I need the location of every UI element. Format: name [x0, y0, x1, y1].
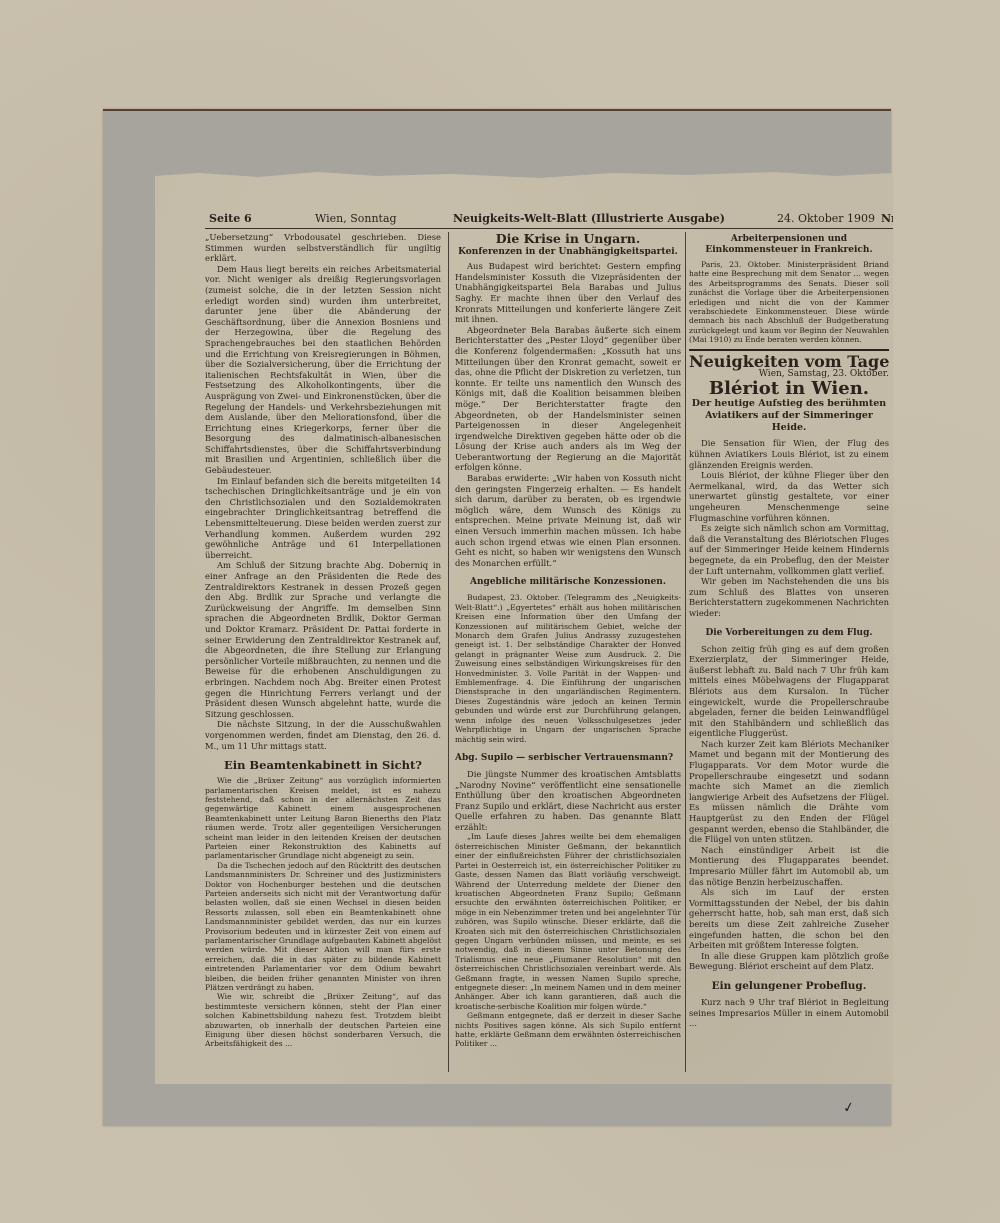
paragraph: Dem Haus liegt bereits ein reiches Arbei… — [205, 264, 441, 476]
paragraph: Abgeordneter Bela Barabas äußerte sich e… — [455, 325, 681, 473]
newspaper-clipping: Seite 6 Wien, Sonntag Neuigkeits-Welt-Bl… — [155, 172, 893, 1084]
column-2: Die Krise in Ungarn. Konferenzen in der … — [455, 232, 681, 1077]
paragraph: Wie wir, schreibt die „Brüxer Zeitung“, … — [205, 992, 441, 1048]
column-3: Arbeiterpensionen und Einkommensteuer in… — [689, 232, 889, 1077]
paragraph: Da die Tschechen jedoch auf den Rücktrit… — [205, 861, 441, 993]
paragraph: Schon zeitig früh ging es auf dem großen… — [689, 644, 889, 739]
paragraph: Es zeigte sich nämlich schon am Vormitta… — [689, 523, 889, 576]
article-heading: Ein Beamtenkabinett in Sicht? — [205, 759, 441, 771]
paragraph: Die jüngste Nummer des kroatischen Amtsb… — [455, 769, 681, 833]
place-day: Wien, Sonntag — [315, 212, 397, 225]
paragraph: Barabas erwiderte: „Wir haben von Kossut… — [455, 473, 681, 568]
paragraph: Die Sensation für Wien, der Flug des küh… — [689, 438, 889, 470]
article-heading: Ein gelungener Probeflug. — [689, 980, 889, 992]
paragraph: Wir geben im Nachstehenden die uns bis z… — [689, 576, 889, 618]
paragraph: Aus Budapest wird berichtet: Gestern emp… — [455, 261, 681, 325]
paragraph: Kurz nach 9 Uhr traf Blériot in Begleitu… — [689, 997, 889, 1029]
issue-number-label: Nr. — [881, 212, 900, 225]
column-divider — [448, 232, 449, 1072]
masthead: Seite 6 Wien, Sonntag Neuigkeits-Welt-Bl… — [205, 206, 893, 229]
article-heading: Angebliche militärische Konzessionen. — [455, 576, 681, 588]
paragraph: Als sich im Lauf der ersten Vormittagsst… — [689, 887, 889, 951]
section-divider — [689, 349, 889, 351]
article-heading: Abg. Supilo — serbischer Vertrauensmann? — [455, 752, 681, 764]
paragraph: Wie die „Brüxer Zeitung“ aus vorzüglich … — [205, 776, 441, 861]
article-heading: Blériot in Wien. — [689, 384, 889, 395]
paragraph: „Im Laufe dieses Jahres weilte bei dem e… — [455, 832, 681, 1011]
paragraph: Nach einstündiger Arbeit ist die Montier… — [689, 845, 889, 887]
column-1: „Uebersetzung“ Vrbodousatel geschrieben.… — [205, 232, 441, 1077]
paragraph: Die nächste Sitzung, in der die Ausschuß… — [205, 719, 441, 751]
paragraph: Im Einlauf befanden sich die bereits mit… — [205, 476, 441, 561]
issue-date: 24. Oktober 1909 — [777, 212, 875, 225]
paragraph: „Uebersetzung“ Vrbodousatel geschrieben.… — [205, 232, 441, 264]
paragraph: In alle diese Gruppen kam plötzlich groß… — [689, 951, 889, 972]
paragraph: Paris, 23. Oktober. Ministerpräsident Br… — [689, 260, 889, 345]
page-number: Seite 6 — [209, 212, 252, 225]
paragraph: Nach kurzer Zeit kam Blériots Mechaniker… — [689, 739, 889, 845]
paragraph: Geßmann entgegnete, daß er derzeit in di… — [455, 1011, 681, 1049]
paper-title: Neuigkeits-Welt-Blatt (Illustrierte Ausg… — [453, 212, 725, 225]
article-heading: Die Vorbereitungen zu dem Flug. — [689, 627, 889, 639]
article-subheading: Der heutige Aufstieg des berühmten Aviat… — [689, 398, 889, 434]
pen-mark-icon: ✓ — [842, 1099, 856, 1117]
section-title: Neuigkeiten vom Tage. — [689, 357, 889, 368]
article-heading: Die Krise in Ungarn. — [455, 234, 681, 245]
article-subheading: Konferenzen in der Unabhängigkeitspartei… — [455, 247, 681, 258]
column-divider — [685, 232, 686, 1072]
article-heading: Arbeiterpensionen und Einkommensteuer in… — [689, 234, 889, 256]
paragraph: Louis Blériot, der kühne Flieger über de… — [689, 470, 889, 523]
paragraph: Am Schluß der Sitzung brachte Abg. Dober… — [205, 560, 441, 719]
paragraph: Budapest, 23. Oktober. (Telegramm des „N… — [455, 593, 681, 744]
